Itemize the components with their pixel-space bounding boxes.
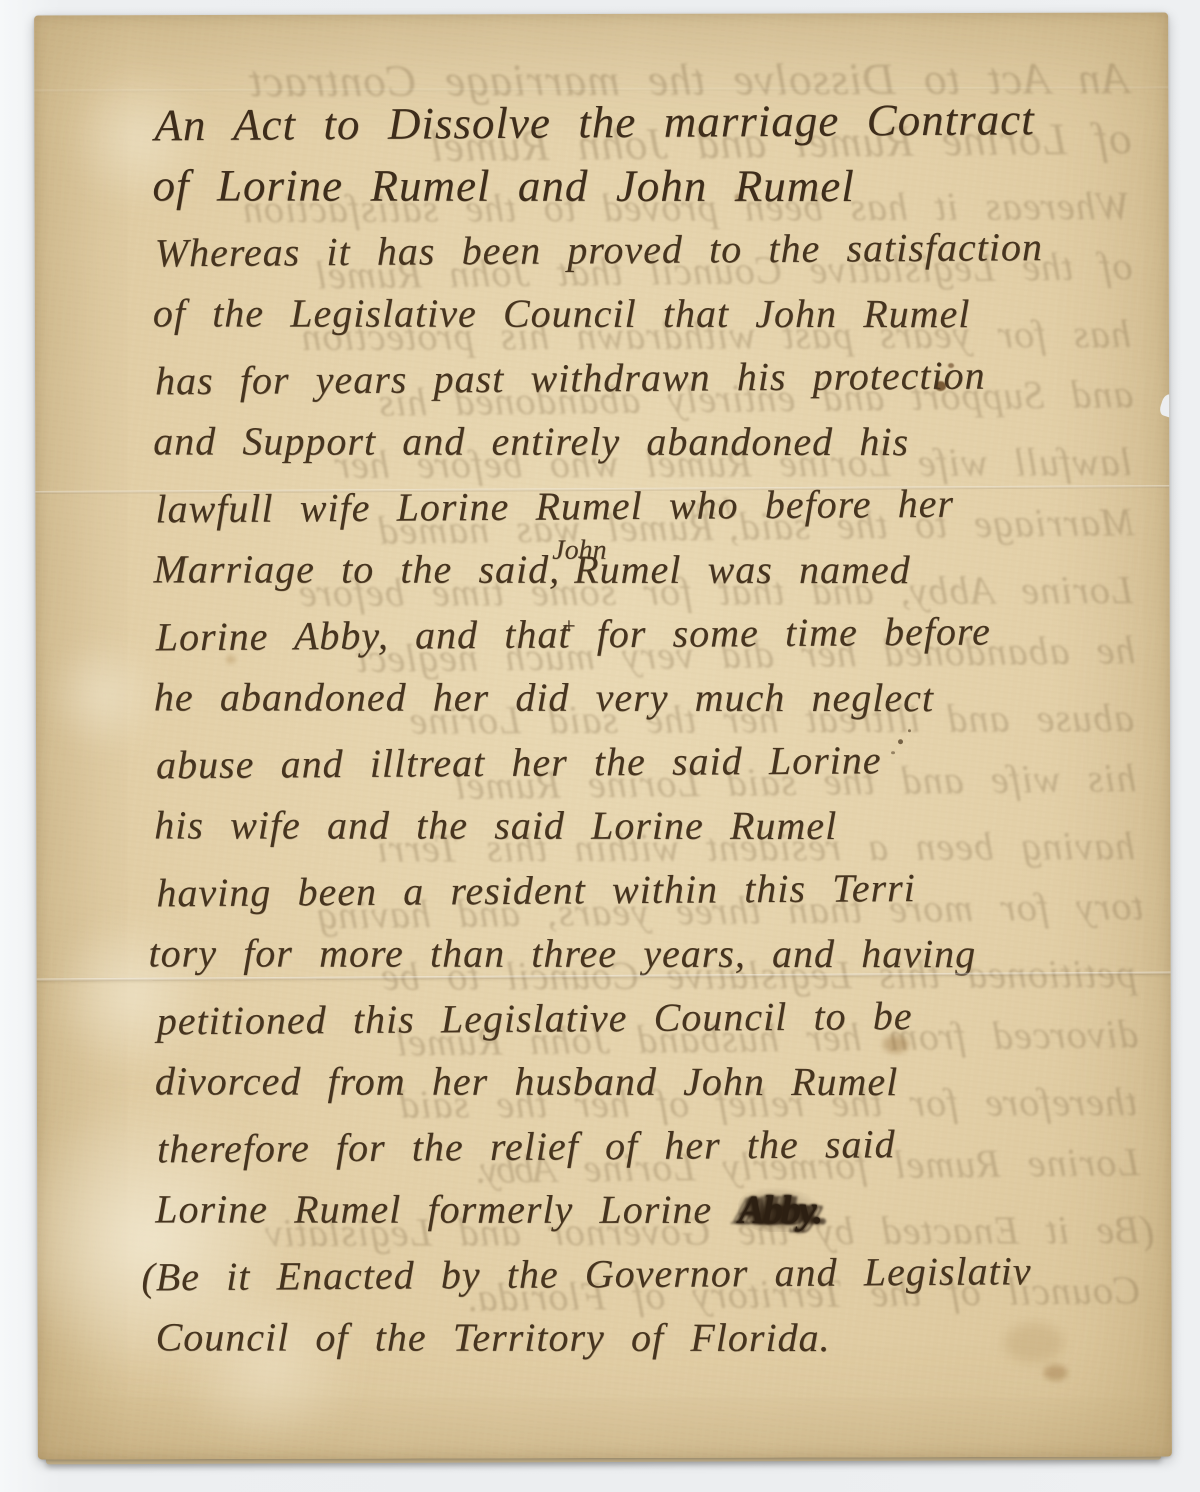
manuscript-line-with-blot: Lorine Rumel formerly Lorine Abby. [155, 1177, 1157, 1242]
manuscript-line: lawfull wife Lorine Rumel who before her [155, 470, 1157, 541]
manuscript-line: and Support and entirely abandoned his [153, 409, 1155, 474]
manuscript-line: Whereas it has been proved to the satisf… [155, 214, 1157, 285]
text-layer: An Act to Dissolve the marriage Contract… [152, 89, 1157, 1372]
inserted-word: John [552, 537, 606, 565]
manuscript-line: tory for more than three years, and havi… [149, 921, 1157, 986]
manuscript-line-with-insertion: Marriage to the said,John+Rumel was name… [154, 537, 1156, 602]
ink-blot-word: Abby. [738, 1187, 821, 1232]
manuscript-line: petitioned this Legislative Council to b… [157, 982, 1159, 1053]
manuscript-page: An Act to Dissolve the marriage Contract… [34, 13, 1172, 1460]
manuscript-line: divorced from her husband John Rumel [155, 1049, 1157, 1114]
manuscript-line: therefore for the relief of her the said [157, 1110, 1159, 1181]
manuscript-line: has for years past withdrawn his protect… [155, 342, 1157, 413]
manuscript-line: his wife and the said Lorine Rumel [154, 793, 1156, 858]
manuscript-line: Council of the Territory of Florida. [156, 1305, 1158, 1370]
manuscript-line: he abandoned her did very much neglect [154, 665, 1156, 730]
manuscript-line: having been a resident within this Terri [156, 854, 1158, 925]
manuscript-line: of Lorine Rumel and John Rumel [153, 153, 1155, 218]
line-post-text: Rumel was named [574, 547, 911, 592]
manuscript-line: abuse and illtreat her the said Lorine [156, 726, 1158, 797]
scan-background: An Act to Dissolve the marriage Contract… [0, 0, 1200, 1492]
manuscript-line: Lorine Abby, and that for some time befo… [156, 598, 1158, 669]
manuscript-line: of the Legislative Council that John Rum… [153, 281, 1155, 346]
deckle-notch [1158, 393, 1172, 418]
manuscript-line: (Be it Enacted by the Governor and Legis… [141, 1238, 1159, 1309]
line-pre-text: Marriage to the said, [154, 546, 561, 591]
line-pre-text: Lorine Rumel formerly Lorine [155, 1186, 712, 1231]
manuscript-line: An Act to Dissolve the marriage Contract [154, 86, 1156, 157]
